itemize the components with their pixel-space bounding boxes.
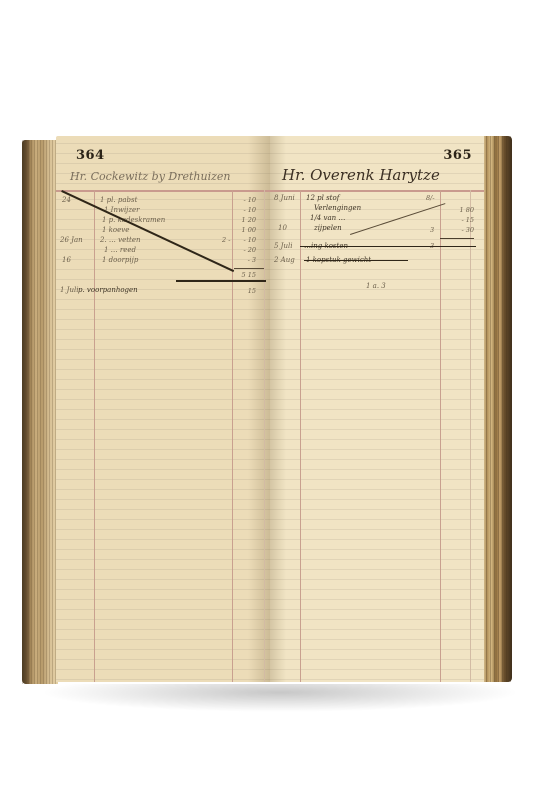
total-amount: 5 15 — [242, 271, 256, 279]
header-rule — [56, 190, 270, 192]
date-column-rule — [300, 190, 301, 682]
header-rule — [270, 190, 484, 192]
entry-date: 8 Juni — [274, 194, 295, 202]
entry-sub-amount: 3 — [430, 226, 434, 234]
amount-column-rule-right — [470, 190, 471, 682]
ledger-book: 364 Hr. Cockewitz by Drethuizen 24 1 pl.… — [22, 130, 512, 686]
entry-amount: 1 80 — [460, 206, 474, 214]
entry-date: 1 Juli — [60, 286, 78, 294]
entry-date: 24 — [62, 196, 71, 204]
amount-column-rule — [440, 190, 441, 682]
account-heading: Hr. Cockewitz by Drethuizen — [70, 170, 231, 183]
entry-amount: 1 00 — [242, 226, 256, 234]
left-page-block-edge — [22, 140, 58, 684]
entry-sub-amount: 2 - — [222, 236, 230, 244]
entry-date: 10 — [278, 224, 287, 232]
gutter-shadow — [270, 136, 286, 682]
entry-description: zijpelen — [314, 224, 342, 232]
page-number: 364 — [76, 148, 105, 163]
entry-amount: - 15 — [461, 216, 474, 224]
strike-through-line — [304, 260, 408, 261]
entry-date: 2 Aug — [274, 256, 295, 264]
entry-amount: - 10 — [243, 196, 256, 204]
strike-through-line — [300, 246, 476, 247]
entry-description: 1 … reed — [104, 246, 136, 254]
entry-description: 1 doorpijp — [102, 256, 138, 264]
entry-amount: - 10 — [243, 206, 256, 214]
book-shadow — [40, 684, 520, 712]
entry-amount: - 20 — [243, 246, 256, 254]
right-page-block-edge — [482, 136, 512, 682]
date-column-rule — [94, 190, 95, 682]
entry-amount: - 3 — [248, 256, 256, 264]
entry-description: Verlengingen — [314, 204, 361, 212]
entry-amount: 1 20 — [242, 216, 256, 224]
total-rule — [234, 268, 264, 269]
entry-description: 2. … vetten — [100, 236, 141, 244]
account-heading: Hr. Overenk Harytze — [282, 166, 440, 184]
amount-column-rule — [232, 190, 233, 682]
entry-date: 5 Juli — [274, 242, 292, 250]
strike-through-line — [61, 190, 234, 272]
entry-amount: 15 — [248, 287, 256, 295]
footnote: 1 a. 3 — [366, 282, 386, 290]
page-number: 365 — [443, 148, 472, 163]
entry-sub-amount: 8/- — [426, 194, 435, 202]
entry-amount: - 30 — [461, 226, 474, 234]
total-rule — [440, 238, 474, 239]
entry-date: 16 — [62, 256, 71, 264]
entry-description: 1 pl. pabst — [100, 196, 137, 204]
cancel-line — [176, 280, 266, 282]
left-page: 364 Hr. Cockewitz by Drethuizen 24 1 pl.… — [56, 136, 270, 682]
entry-date: 26 Jan — [60, 236, 83, 244]
right-page: 365 Hr. Overenk Harytze 8 Juni 12 pl sto… — [270, 136, 484, 682]
entry-description: 1 koeve — [102, 226, 129, 234]
entry-description: 1/4 van … — [310, 214, 345, 222]
entry-description: 12 pl stof — [306, 194, 339, 202]
entry-amount: - 10 — [243, 236, 256, 244]
entry-description: p. voorpanhogen — [78, 286, 138, 294]
amount-column-rule-right — [264, 190, 265, 682]
